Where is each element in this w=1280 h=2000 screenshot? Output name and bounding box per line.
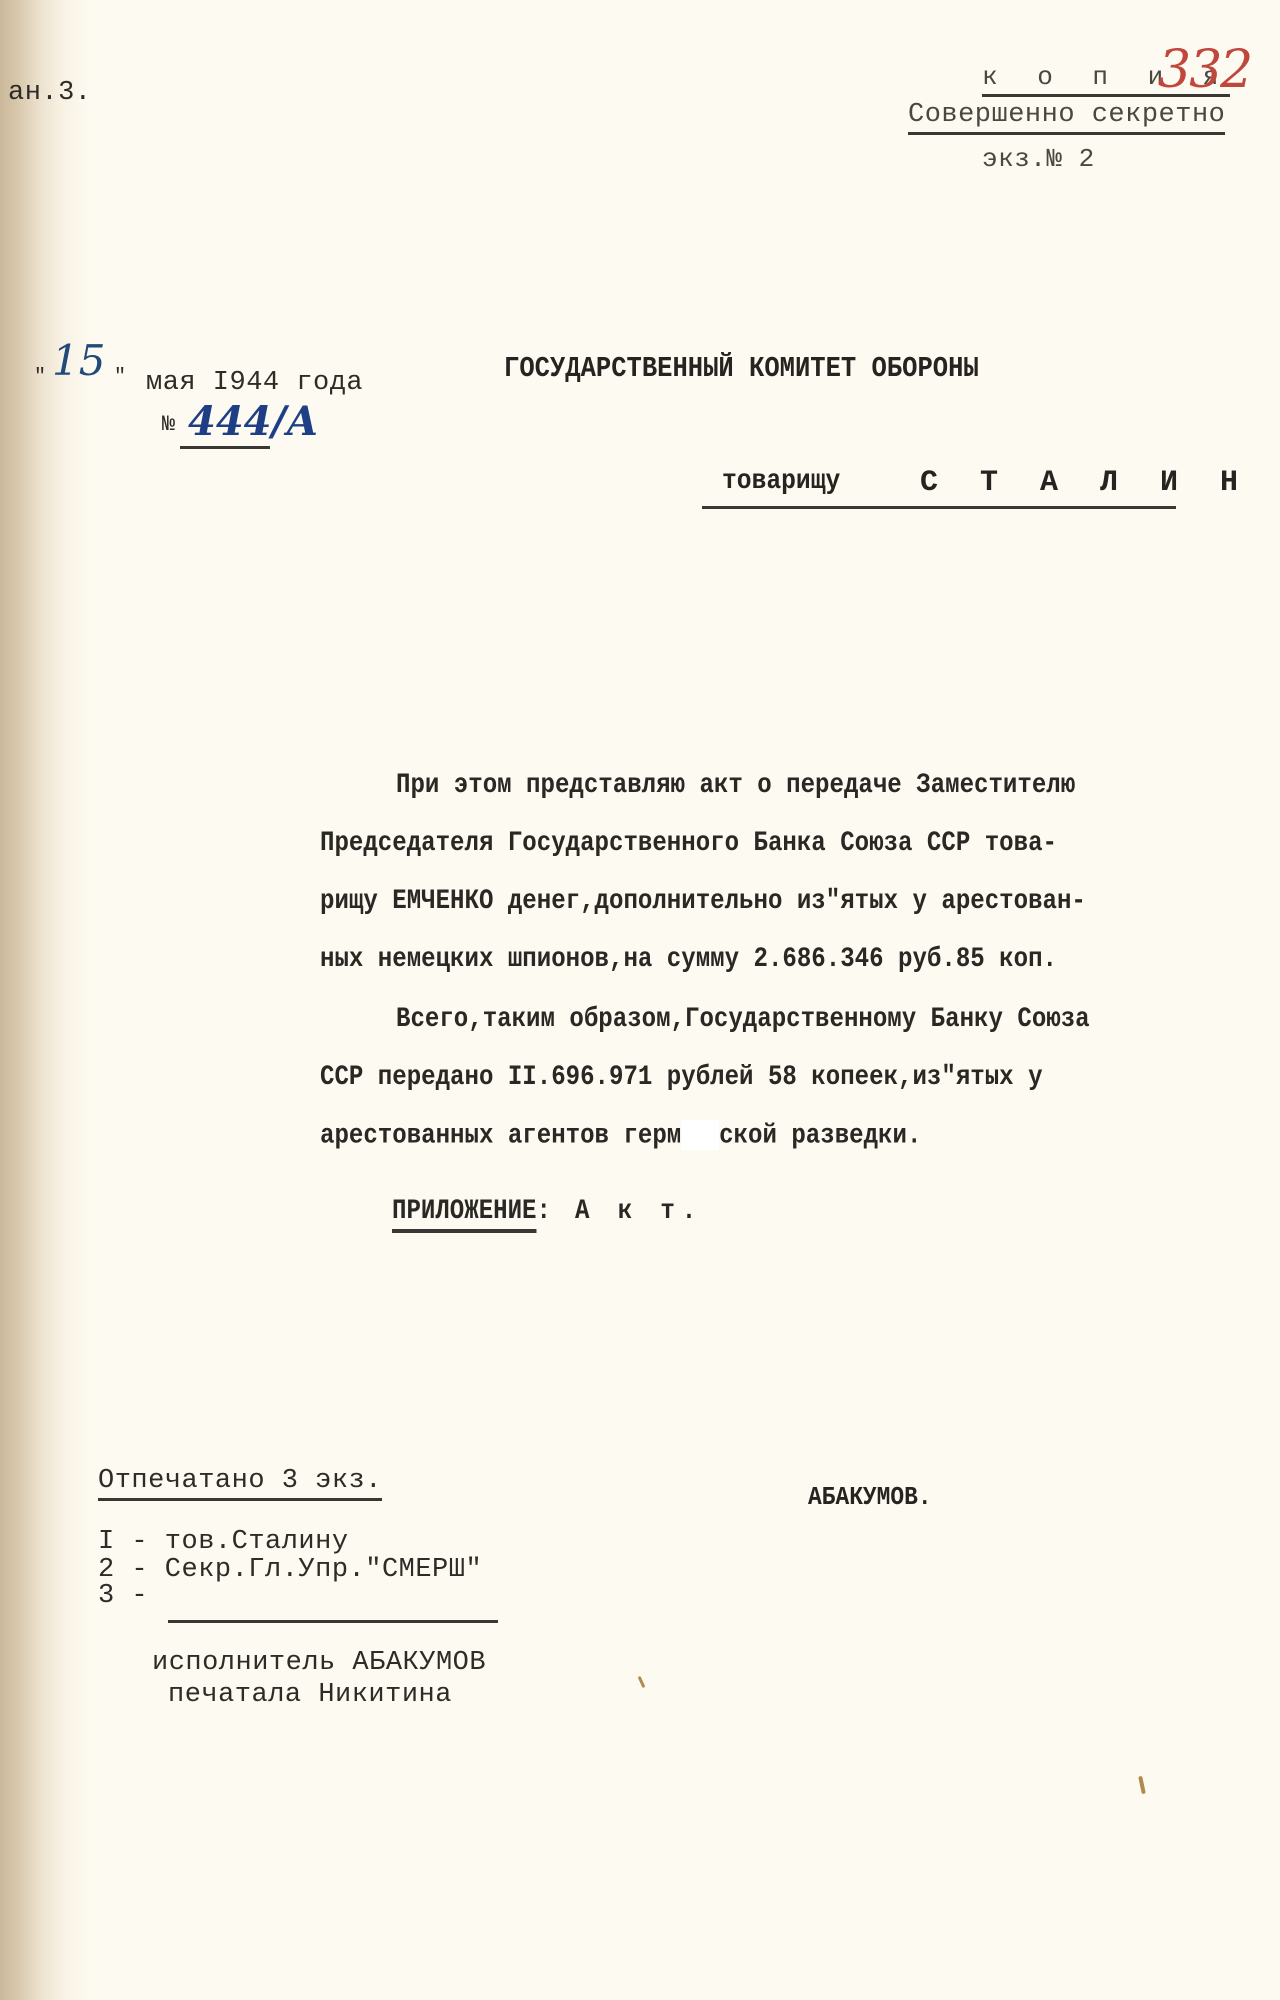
attachment-colon: : — [537, 1196, 551, 1227]
classification-label: Совершенно секретно — [908, 100, 1225, 135]
executor-line: исполнитель АБАКУМОВ — [152, 1648, 486, 1678]
addressee-underline — [702, 506, 1176, 509]
handwritten-document-number: 444/А — [188, 398, 319, 445]
body-line: рищу ЕМЧЕНКО денег,дополнительно из"ятых… — [320, 886, 1086, 917]
handwritten-page-number: 332 — [1158, 40, 1251, 100]
date-month-year: мая I944 года — [146, 368, 363, 398]
paper-speck — [638, 1676, 646, 1688]
signature-name: АБАКУМОВ. — [808, 1482, 932, 1512]
organization-heading: ГОСУДАРСТВЕННЫЙ КОМИТЕТ ОБОРОНЫ — [504, 352, 979, 385]
typist-line: печатала Никитина — [168, 1680, 452, 1710]
distribution-blank-line — [168, 1620, 498, 1623]
number-underline — [180, 446, 270, 449]
body-line: ных немецких шпионов,на сумму 2.686.346 … — [320, 944, 1057, 975]
body-line-redacted: арестованных агентов гермской разведки. — [320, 1120, 921, 1151]
redaction-patch — [681, 1120, 719, 1150]
number-prefix: № — [162, 412, 176, 437]
addressee-name: С Т А Л И Н У — [920, 466, 1280, 500]
addressee-salutation: товарищу — [722, 466, 840, 497]
attachment-label: ПРИЛОЖЕНИЕ — [392, 1196, 537, 1233]
attachment-row: ПРИЛОЖЕНИЕ:А к т. — [392, 1196, 703, 1227]
date-close-quote: " — [114, 366, 127, 389]
body-line: ССР передано II.696.971 рублей 58 копеек… — [320, 1062, 1043, 1093]
attachment-value: А к т. — [575, 1196, 703, 1227]
paper-speck — [1138, 1776, 1146, 1794]
body-line: При этом представляю акт о передаче Заме… — [396, 770, 1075, 801]
document-page: ан.3. к о п и я 332 Совершенно секретно … — [0, 0, 1280, 2000]
printed-count: Отпечатано 3 экз. — [98, 1466, 382, 1501]
archive-mark: ан.3. — [8, 78, 92, 108]
date-open-quote: " — [34, 366, 47, 389]
distribution-copy: I - тов.Сталину — [98, 1530, 349, 1555]
distribution-copy: 2 - Секр.Гл.Упр."СМЕРШ" — [98, 1558, 482, 1583]
copy-number: экз.№ 2 — [982, 144, 1095, 174]
handwritten-day: 15 — [52, 336, 105, 385]
text-before-redaction: арестованных агентов герм — [320, 1120, 681, 1151]
body-line: Председателя Государственного Банка Союз… — [320, 828, 1057, 859]
body-line: Всего,таким образом,Государственному Бан… — [396, 1004, 1090, 1035]
text-after-redaction: ской разведки. — [719, 1120, 921, 1151]
distribution-copy: 3 - — [98, 1584, 148, 1609]
